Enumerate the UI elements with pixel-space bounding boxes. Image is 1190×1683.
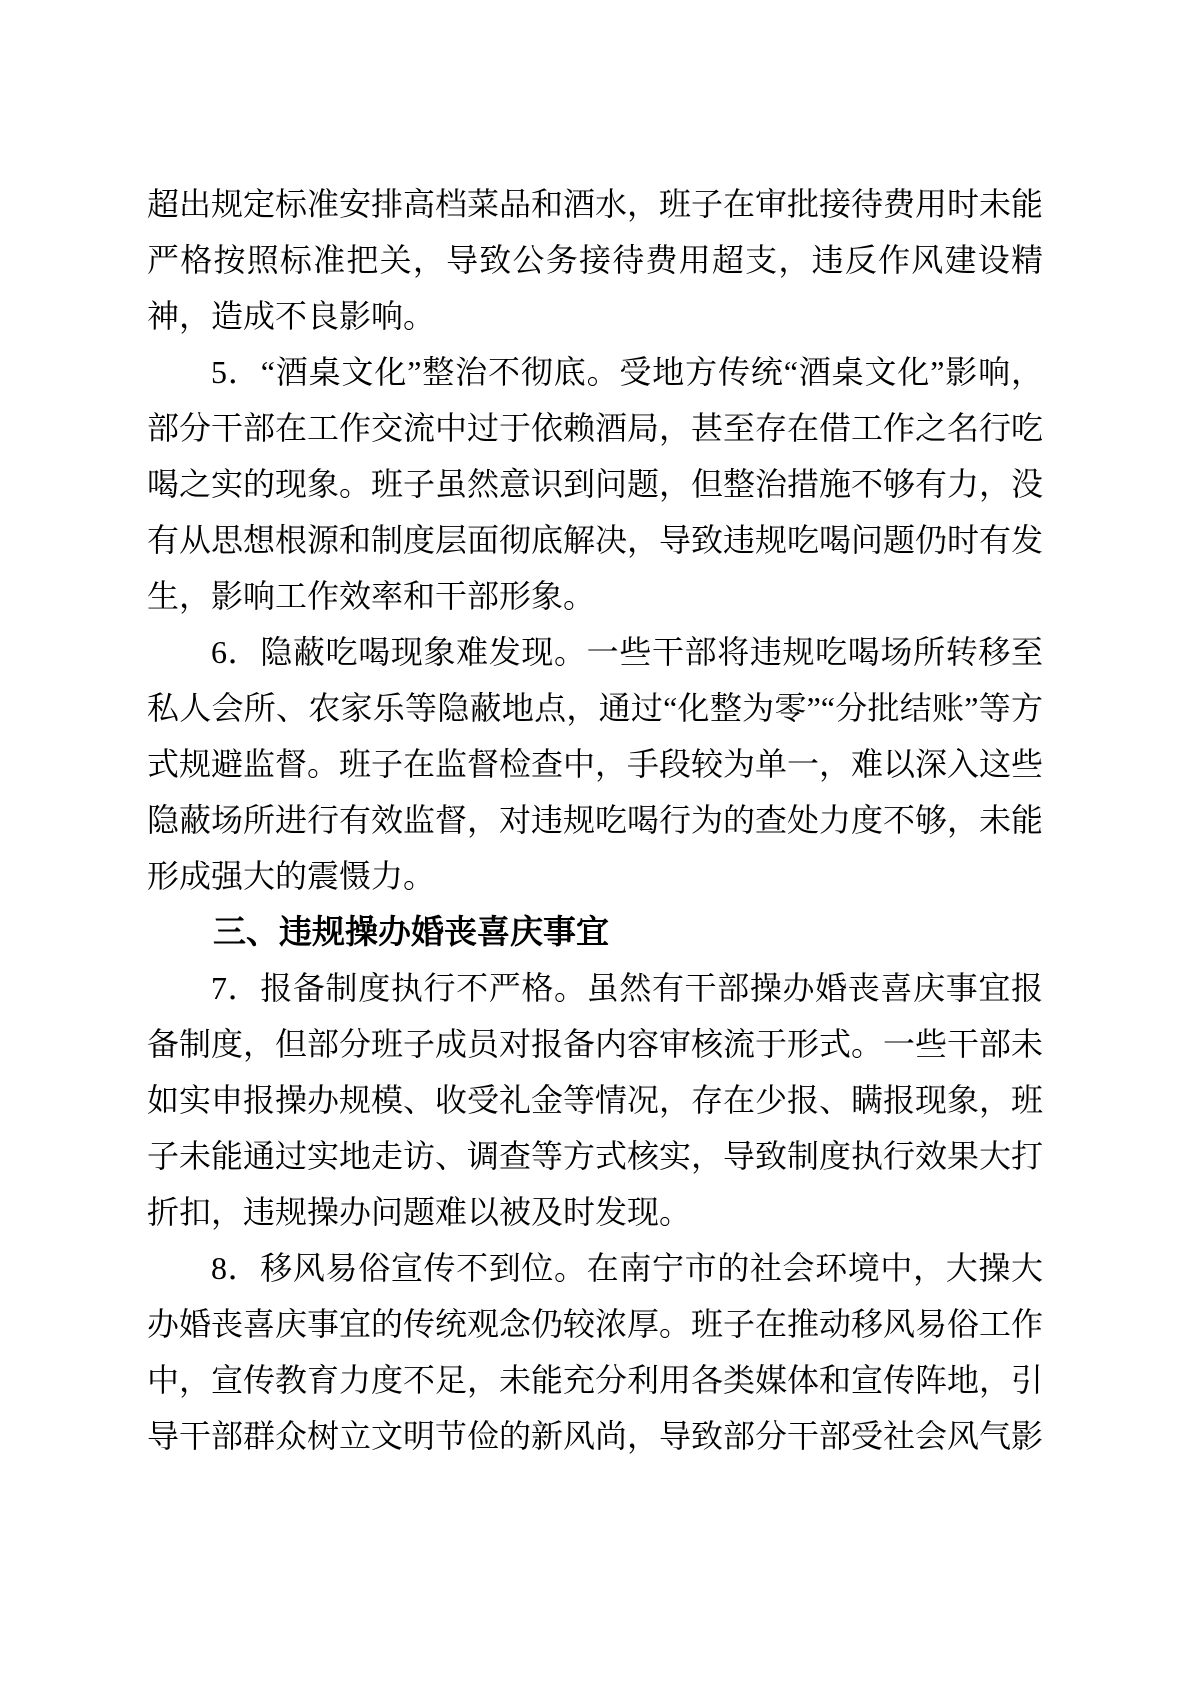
document-page: 超出规定标准安排高档菜品和酒水，班子在审批接待费用时未能严格按照标准把关，导致公…	[0, 0, 1190, 1683]
section-heading-3: 三、违规操办婚丧喜庆事宜	[147, 904, 1043, 960]
paragraph-item-6: 6．隐蔽吃喝现象难发现。一些干部将违规吃喝场所转移至私人会所、农家乐等隐蔽地点，…	[147, 624, 1043, 904]
document-body: 超出规定标准安排高档菜品和酒水，班子在审批接待费用时未能严格按照标准把关，导致公…	[147, 176, 1043, 1464]
paragraph-continuation: 超出规定标准安排高档菜品和酒水，班子在审批接待费用时未能严格按照标准把关，导致公…	[147, 176, 1043, 344]
paragraph-item-5: 5．“酒桌文化”整治不彻底。受地方传统“酒桌文化”影响，部分干部在工作交流中过于…	[147, 344, 1043, 624]
paragraph-item-8: 8．移风易俗宣传不到位。在南宁市的社会环境中，大操大办婚丧喜庆事宜的传统观念仍较…	[147, 1240, 1043, 1464]
paragraph-item-7: 7．报备制度执行不严格。虽然有干部操办婚丧喜庆事宜报备制度，但部分班子成员对报备…	[147, 960, 1043, 1240]
